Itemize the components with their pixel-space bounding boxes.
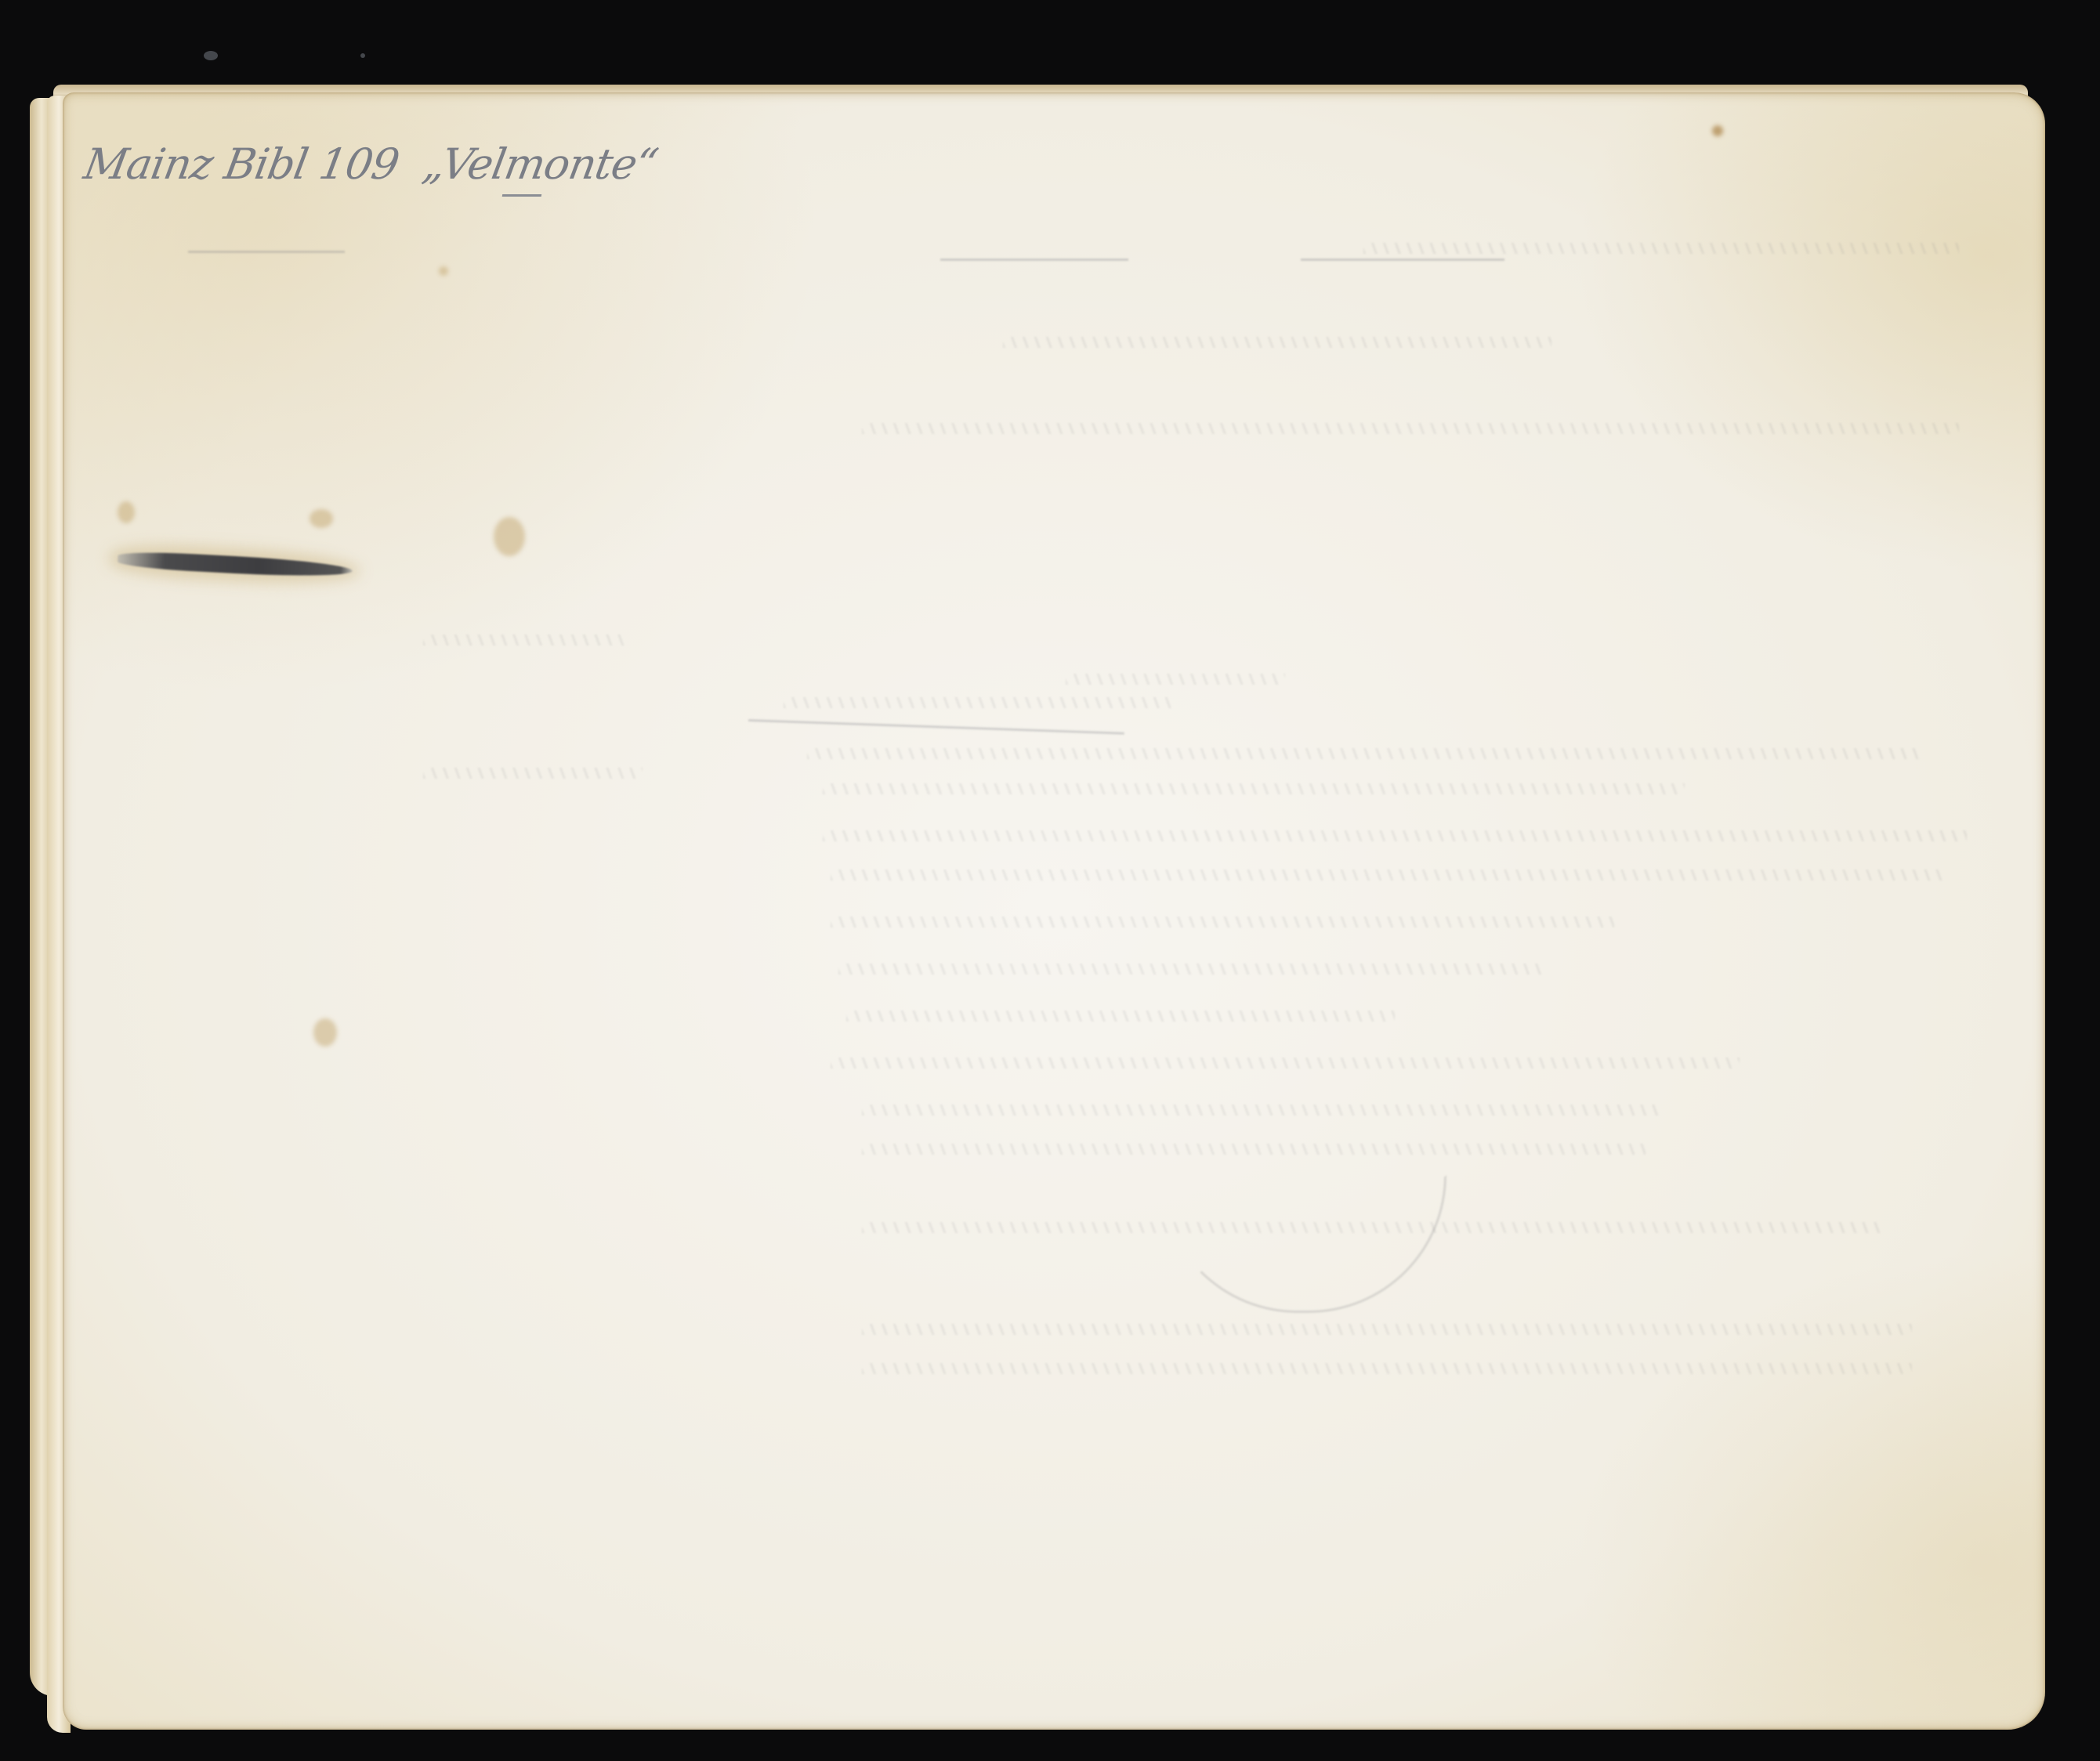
- shelfmark-text: Mainz Bibl 109: [80, 139, 402, 189]
- show-through-text-line: [423, 635, 627, 645]
- show-through-text-line: [831, 917, 1614, 928]
- show-through-text-line: [1066, 674, 1285, 685]
- show-through-text-line: [862, 1105, 1661, 1116]
- show-through-underline: [188, 251, 345, 253]
- show-through-text-line: [846, 1011, 1395, 1022]
- show-through-text-line: [831, 1058, 1740, 1069]
- show-through-text-line: [831, 870, 1943, 880]
- show-through-text-line: [838, 964, 1544, 975]
- show-through-text-line: [1363, 243, 1959, 254]
- show-through-underline: [1301, 259, 1504, 261]
- dust-speck: [204, 51, 218, 60]
- show-through-underline: [940, 259, 1128, 261]
- ink-blot-core: [118, 550, 353, 580]
- show-through-text-line: [823, 830, 1967, 841]
- foxing-stain: [310, 509, 333, 528]
- show-through-text-line: [784, 697, 1175, 708]
- foxing-stain: [313, 1018, 337, 1047]
- dust-speck: [360, 53, 365, 58]
- foxing-stain: [439, 266, 448, 276]
- show-through-text-line: [807, 748, 1920, 759]
- show-through-text-line: [823, 783, 1685, 794]
- foxing-stain: [118, 501, 135, 523]
- pencil-inscription: Mainz Bibl 109 „Velmonte“: [80, 139, 661, 189]
- show-through-text-line: [862, 1144, 1646, 1155]
- foxing-stain: [1712, 125, 1723, 136]
- show-through-text-line: [423, 768, 643, 779]
- show-through-text-line: [862, 423, 1959, 434]
- show-through-text-line: [1003, 337, 1551, 348]
- show-through-text-line: [862, 1363, 1912, 1374]
- foxing-stain: [494, 517, 525, 556]
- title-text: „Velmonte“: [419, 139, 661, 189]
- show-through-text-line: [862, 1324, 1912, 1335]
- ink-blot: [118, 548, 353, 588]
- title-underline: [502, 194, 542, 197]
